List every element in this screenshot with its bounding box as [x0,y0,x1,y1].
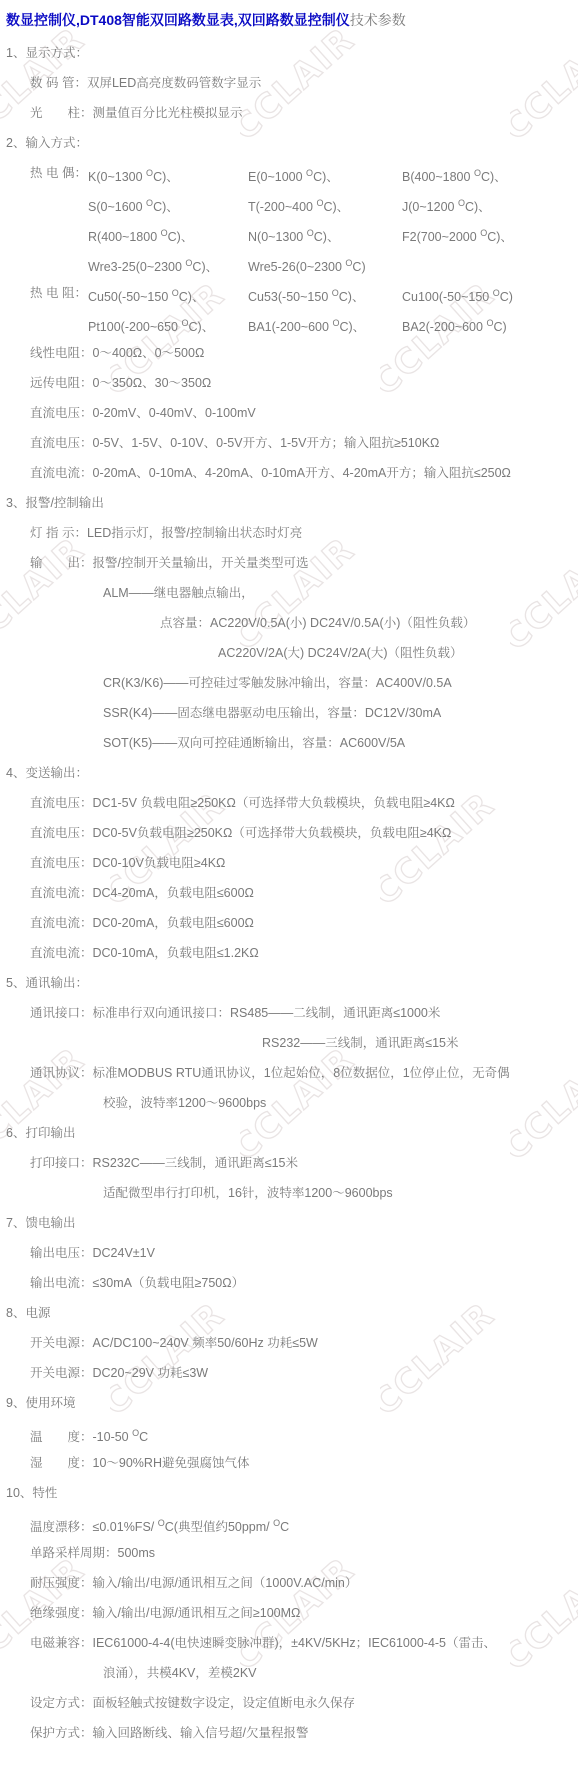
degree-superscript: O [146,198,153,208]
section-heading: 8、电源 [0,1298,578,1328]
degree-superscript: O [185,258,192,268]
section-heading: 1、显示方式： [0,38,578,68]
spec-line: 打印接口：RS232C——三线制，通讯距离≤15米 [0,1148,578,1178]
spec-value: BA1(-200~600 OC)、 [248,308,365,342]
section-heading: 4、变送输出： [0,758,578,788]
degree-superscript: O [172,288,179,298]
section-heading: 9、使用环境 [0,1388,578,1418]
spec-value: Wre5-26(0~2300 OC) [248,248,366,282]
spec-line: 直流电流：DC0-10mA，负载电阻≤1.2KΩ [0,938,578,968]
degree-superscript: O [273,1518,280,1528]
spec-line: 直流电压：0-5V、1-5V、0-10V、0-5V开方、1-5V开方；输入阻抗≥… [0,428,578,458]
spec-line: 灯 指 示：LED指示灯，报警/控制输出状态时灯亮 [0,518,578,548]
spec-value: F2(700~2000 OC)、 [402,218,513,252]
spec-line: SSR(K4)——固态继电器驱动电压输出，容量：DC12V/30mA [0,698,578,728]
spec-line: 数 码 管：双屏LED高亮度数码管数字显示 [0,68,578,98]
degree-superscript: O [486,318,493,328]
spec-line: 输 出：报警/控制开关量输出，开关量类型可选 [0,548,578,578]
spec-line: 浪涌），共模4KV，差模2KV [0,1658,578,1688]
spec-line: ALM——继电器触点输出， [0,578,578,608]
degree-superscript: O [458,198,465,208]
spec-line: 耐压强度：输入/输出/电源/通讯相互之间（1000V.AC/min） [0,1568,578,1598]
spec-line: Wre3-25(0~2300 OC)、Wre5-26(0~2300 OC) [0,248,578,278]
spec-line: 输出电流：≤30mA（负载电阻≥750Ω） [0,1268,578,1298]
spec-line: 直流电流：DC0-20mA，负载电阻≤600Ω [0,908,578,938]
degree-superscript: O [332,288,339,298]
spec-value: R(400~1800 OC)、 [88,218,193,252]
page-title: 数显控制仪,DT408智能双回路数显表,双回路数显控制仪技术参数 [6,10,578,30]
spec-line: 通讯协议：标准MODBUS RTU通讯协议，1位起始位，8位数据位，1位停止位，… [0,1058,578,1088]
title-product-name: 数显控制仪,DT408智能双回路数显表,双回路数显控制仪 [6,12,350,28]
spec-value: T(-200~400 OC)、 [248,188,349,222]
spec-line: 直流电压：DC0-5V负载电阻≥250KΩ（可选择带大负载模块，负载电阻≥4KΩ [0,818,578,848]
spec-line: 温度漂移：≤0.01%FS/ OC(典型值约50ppm/ OC [0,1508,578,1538]
spec-value: Cu50(-50~150 OC)、 [88,278,204,312]
spec-line: 设定方式：面板轻触式按键数字设定，设定值断电永久保存 [0,1688,578,1718]
spec-line: R(400~1800 OC)、N(0~1300 OC)、F2(700~2000 … [0,218,578,248]
degree-superscript: O [480,228,487,238]
spec-line: 校验，波特率1200～9600bps [0,1088,578,1118]
degree-superscript: O [161,228,168,238]
spec-line: 光 柱：测量值百分比光柱模拟显示 [0,98,578,128]
spec-line: 开关电源：AC/DC100~240V 频率50/60Hz 功耗≤5W [0,1328,578,1358]
section-heading: 7、馈电输出 [0,1208,578,1238]
degree-superscript: O [132,1428,139,1438]
spec-lines-container: 1、显示方式：数 码 管：双屏LED高亮度数码管数字显示光 柱：测量值百分比光柱… [0,38,578,1748]
spec-line: Pt100(-200~650 OC)、BA1(-200~600 OC)、BA2(… [0,308,578,338]
spec-line: 绝缘强度：输入/输出/电源/通讯相互之间≥100MΩ [0,1598,578,1628]
section-heading: 2、输入方式： [0,128,578,158]
degree-superscript: O [307,228,314,238]
degree-superscript: O [158,1518,165,1528]
spec-line: SOT(K5)——双向可控硅通断输出，容量：AC600V/5A [0,728,578,758]
spec-value: N(0~1300 OC)、 [248,218,339,252]
section-heading: 6、打印输出 [0,1118,578,1148]
spec-value: K(0~1300 OC)、 [88,158,179,192]
spec-line: 单路采样周期：500ms [0,1538,578,1568]
section-heading: 3、报警/控制输出 [0,488,578,518]
spec-line: 线性电阻：0～400Ω、0～500Ω [0,338,578,368]
degree-superscript: O [345,258,352,268]
spec-label: 热 电 偶： [30,166,87,180]
spec-line: 保护方式：输入回路断线、输入信号超/欠量程报警 [0,1718,578,1748]
spec-line: 直流电流：DC4-20mA，负载电阻≤600Ω [0,878,578,908]
spec-line: 直流电压：0-20mV、0-40mV、0-100mV [0,398,578,428]
degree-superscript: O [493,288,500,298]
spec-value: Wre3-25(0~2300 OC)、 [88,248,218,282]
spec-value: S(0~1600 OC)、 [88,188,179,222]
spec-line: 电磁兼容：IEC61000-4-4(电快速瞬变脉冲群)，±4KV/5KHz；IE… [0,1628,578,1658]
degree-superscript: O [306,168,313,178]
spec-value: BA2(-200~600 OC) [402,308,507,342]
spec-line: 远传电阻：0～350Ω、30～350Ω [0,368,578,398]
spec-value: B(400~1800 OC)、 [402,158,507,192]
spec-value: Cu100(-50~150 OC) [402,278,513,312]
spec-line: 湿 度：10～90%RH避免强腐蚀气体 [0,1448,578,1478]
degree-superscript: O [146,168,153,178]
spec-line: 直流电压：DC0-10V负载电阻≥4KΩ [0,848,578,878]
section-heading: 5、通讯输出： [0,968,578,998]
spec-line: 温 度：-10-50 OC [0,1418,578,1448]
degree-superscript: O [181,318,188,328]
spec-value: J(0~1200 OC)、 [402,188,491,222]
spec-line: 直流电流：0-20mA、0-10mA、4-20mA、0-10mA开方、4-20m… [0,458,578,488]
spec-line: 通讯接口：标准串行双向通讯接口：RS485——二线制，通讯距离≤1000米 [0,998,578,1028]
spec-line: S(0~1600 OC)、T(-200~400 OC)、J(0~1200 OC)… [0,188,578,218]
section-heading: 10、特性 [0,1478,578,1508]
spec-line: 热 电 偶：K(0~1300 OC)、E(0~1000 OC)、B(400~18… [0,158,578,188]
spec-line: 输出电压：DC24V±1V [0,1238,578,1268]
spec-line: AC220V/2A(大) DC24V/2A(大)（阻性负载） [0,638,578,668]
spec-line: 适配微型串行打印机，16针，波特率1200～9600bps [0,1178,578,1208]
spec-line: 开关电源：DC20~29V 功耗≤3W [0,1358,578,1388]
spec-line: CR(K3/K6)——可控硅过零触发脉冲输出，容量：AC400V/0.5A [0,668,578,698]
degree-superscript: O [474,168,481,178]
degree-superscript: O [316,198,323,208]
spec-line: RS232——三线制，通讯距离≤15米 [0,1028,578,1058]
title-suffix: 技术参数 [350,12,406,28]
spec-line: 点容量：AC220V/0.5A(小) DC24V/0.5A(小)（阻性负载） [0,608,578,638]
spec-value: Cu53(-50~150 OC)、 [248,278,364,312]
spec-value: E(0~1000 OC)、 [248,158,339,192]
spec-line: 直流电压：DC1-5V 负载电阻≥250KΩ（可选择带大负载模块，负载电阻≥4K… [0,788,578,818]
degree-superscript: O [332,318,339,328]
spec-line: 热 电 阻：Cu50(-50~150 OC)、Cu53(-50~150 OC)、… [0,278,578,308]
spec-document-page: CCLAIRCCLAIRCCLAIRCCLAIRCCLAIRCCLAIRCCLA… [0,0,578,1768]
spec-value: Pt100(-200~650 OC)、 [88,308,214,342]
spec-label: 热 电 阻： [30,286,87,300]
